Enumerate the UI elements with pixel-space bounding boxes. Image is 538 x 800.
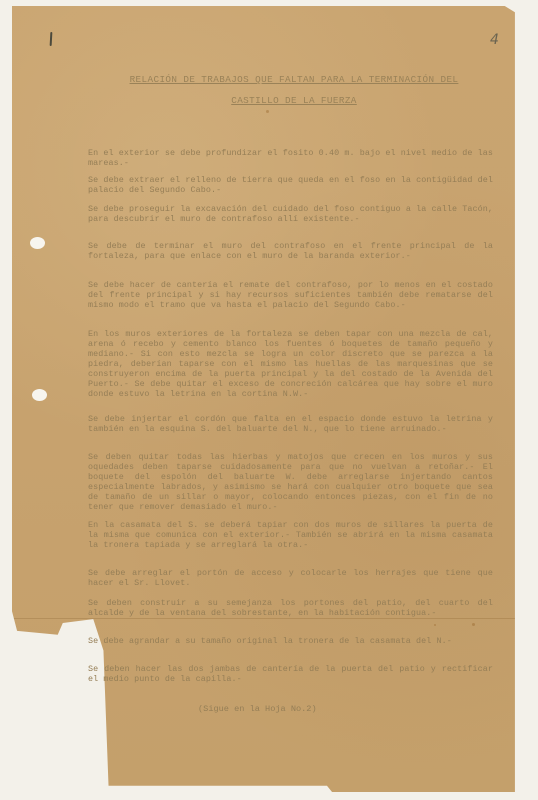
paragraph: Se debe de terminar el muro del contrafo… xyxy=(88,241,493,261)
paragraph: Se debe agrandar a su tamaño original la… xyxy=(88,636,493,646)
fold-crease xyxy=(12,618,520,619)
paragraph: Se debe arreglar el portón de acceso y c… xyxy=(88,568,493,588)
paragraph: En el exterior se debe profundizar el fo… xyxy=(88,148,493,168)
page-number: 4 xyxy=(490,32,499,48)
paragraph: En los muros exteriores de la fortaleza … xyxy=(88,329,493,399)
continuation-note: (Sigue en la Hoja No.2) xyxy=(198,704,317,714)
paragraph: Se deben quitar todas las hierbas y mato… xyxy=(88,452,493,512)
paragraph: Se debe injertar el cordón que falta en … xyxy=(88,414,493,434)
stain xyxy=(266,110,269,113)
paragraph: Se debe hacer de cantería el remate del … xyxy=(88,280,493,310)
pencil-mark xyxy=(50,32,53,46)
stain xyxy=(434,624,436,626)
punch-hole-top xyxy=(30,237,45,249)
stain xyxy=(472,623,475,626)
paragraph: Se deben hacer las dos jambas de canterí… xyxy=(88,664,493,684)
paragraph: Se debe proseguir la excavación del cuid… xyxy=(88,204,493,224)
punch-hole-bottom xyxy=(32,389,47,401)
paragraph: Se deben construir a su semejanza los po… xyxy=(88,598,493,618)
document-title-line2: CASTILLO DE LA FUERZA xyxy=(94,95,494,106)
paragraph: Se debe extraer el relleno de tierra que… xyxy=(88,175,493,195)
document-title-line1: RELACIÓN DE TRABAJOS QUE FALTAN PARA LA … xyxy=(94,74,494,85)
paragraph: En la casamata del S. se deberá tapiar c… xyxy=(88,520,493,550)
